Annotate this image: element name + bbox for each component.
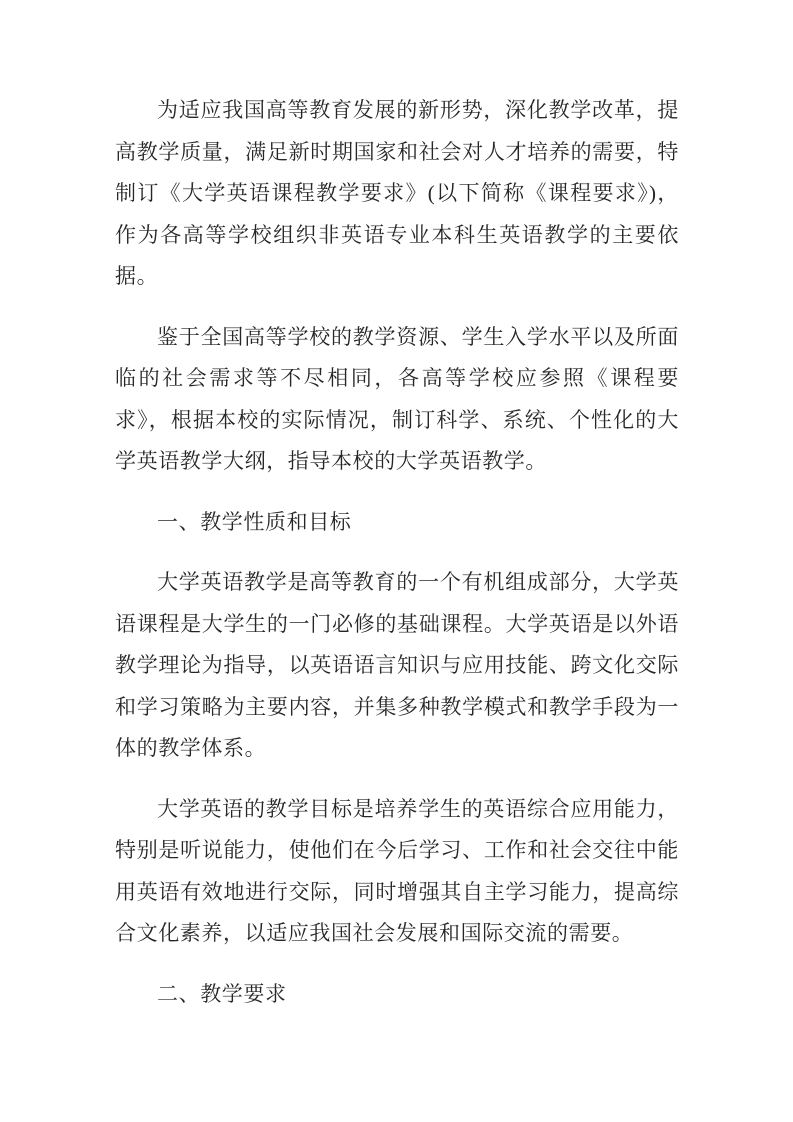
paragraph-goal: 大学英语的教学目标是培养学生的英语综合应用能力，特别是听说能力，使他们在今后学习… xyxy=(115,789,679,955)
document-page: 为适应我国高等教育发展的新形势，深化教学改革，提高教学质量，满足新时期国家和社会… xyxy=(0,0,793,1122)
paragraph-nature: 大学英语教学是高等教育的一个有机组成部分，大学英语课程是大学生的一门必修的基础课… xyxy=(115,562,679,770)
document-content: 为适应我国高等教育发展的新形势，深化教学改革，提高教学质量，满足新时期国家和社会… xyxy=(115,90,679,1034)
section-heading-1: 一、教学性质和目标 xyxy=(115,502,679,544)
paragraph-intro: 为适应我国高等教育发展的新形势，深化教学改革，提高教学质量，满足新时期国家和社会… xyxy=(115,90,679,298)
paragraph-context: 鉴于全国高等学校的教学资源、学生入学水平以及所面临的社会需求等不尽相同，各高等学… xyxy=(115,317,679,483)
section-heading-2: 二、教学要求 xyxy=(115,974,679,1016)
